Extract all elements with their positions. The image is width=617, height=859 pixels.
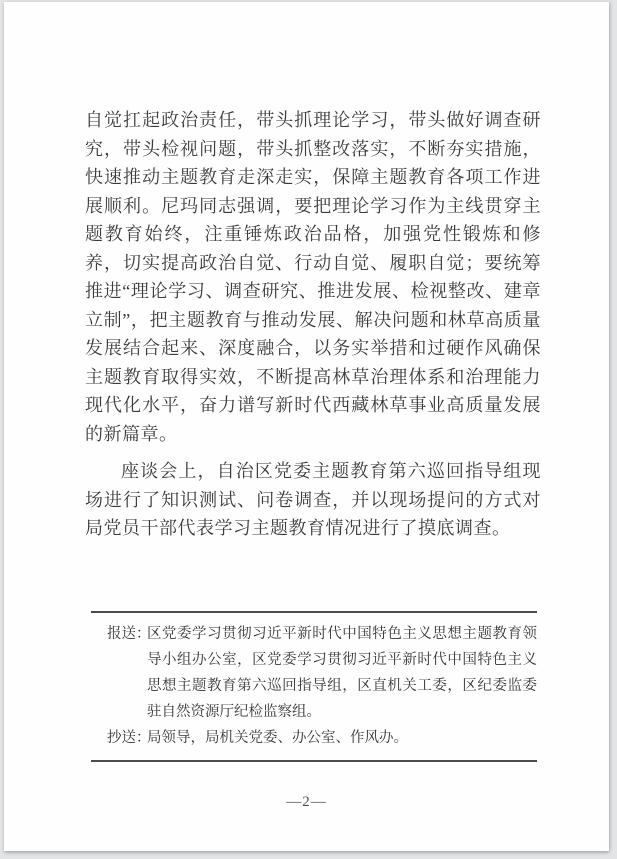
distribution-block: 报送： 区党委学习贯彻习近平新时代中国特色主义思想主题教育领导小组办公室，区党委…: [91, 611, 537, 762]
page-number: —2—: [4, 794, 609, 811]
document-page: 自觉扛起政治责任，带头抓理论学习，带头做好调查研究，带头检视问题，带头抓整改落实…: [4, 2, 609, 851]
copy-to-text: 局领导，局机关党委、办公室、作风办。: [147, 725, 537, 751]
paragraph-survey: 座谈会上，自治区党委主题教育第六巡回指导组现场进行了知识测试、问卷调查，并以现场…: [85, 457, 541, 543]
report-to-text: 区党委学习贯彻习近平新时代中国特色主义思想主题教育领导小组办公室，区党委学习贯彻…: [147, 621, 537, 725]
document-body: 自觉扛起政治责任，带头抓理论学习，带头做好调查研究，带头检视问题，带头抓整改落实…: [85, 106, 541, 543]
copy-to-label: 抄送：: [107, 725, 147, 751]
report-to-row: 报送： 区党委学习贯彻习近平新时代中国特色主义思想主题教育领导小组办公室，区党委…: [91, 621, 537, 725]
paragraph-continuation: 自觉扛起政治责任，带头抓理论学习，带头做好调查研究，带头检视问题，带头抓整改落实…: [85, 106, 541, 448]
report-to-label: 报送：: [107, 621, 147, 647]
copy-to-row: 抄送： 局领导，局机关党委、办公室、作风办。: [91, 725, 537, 751]
